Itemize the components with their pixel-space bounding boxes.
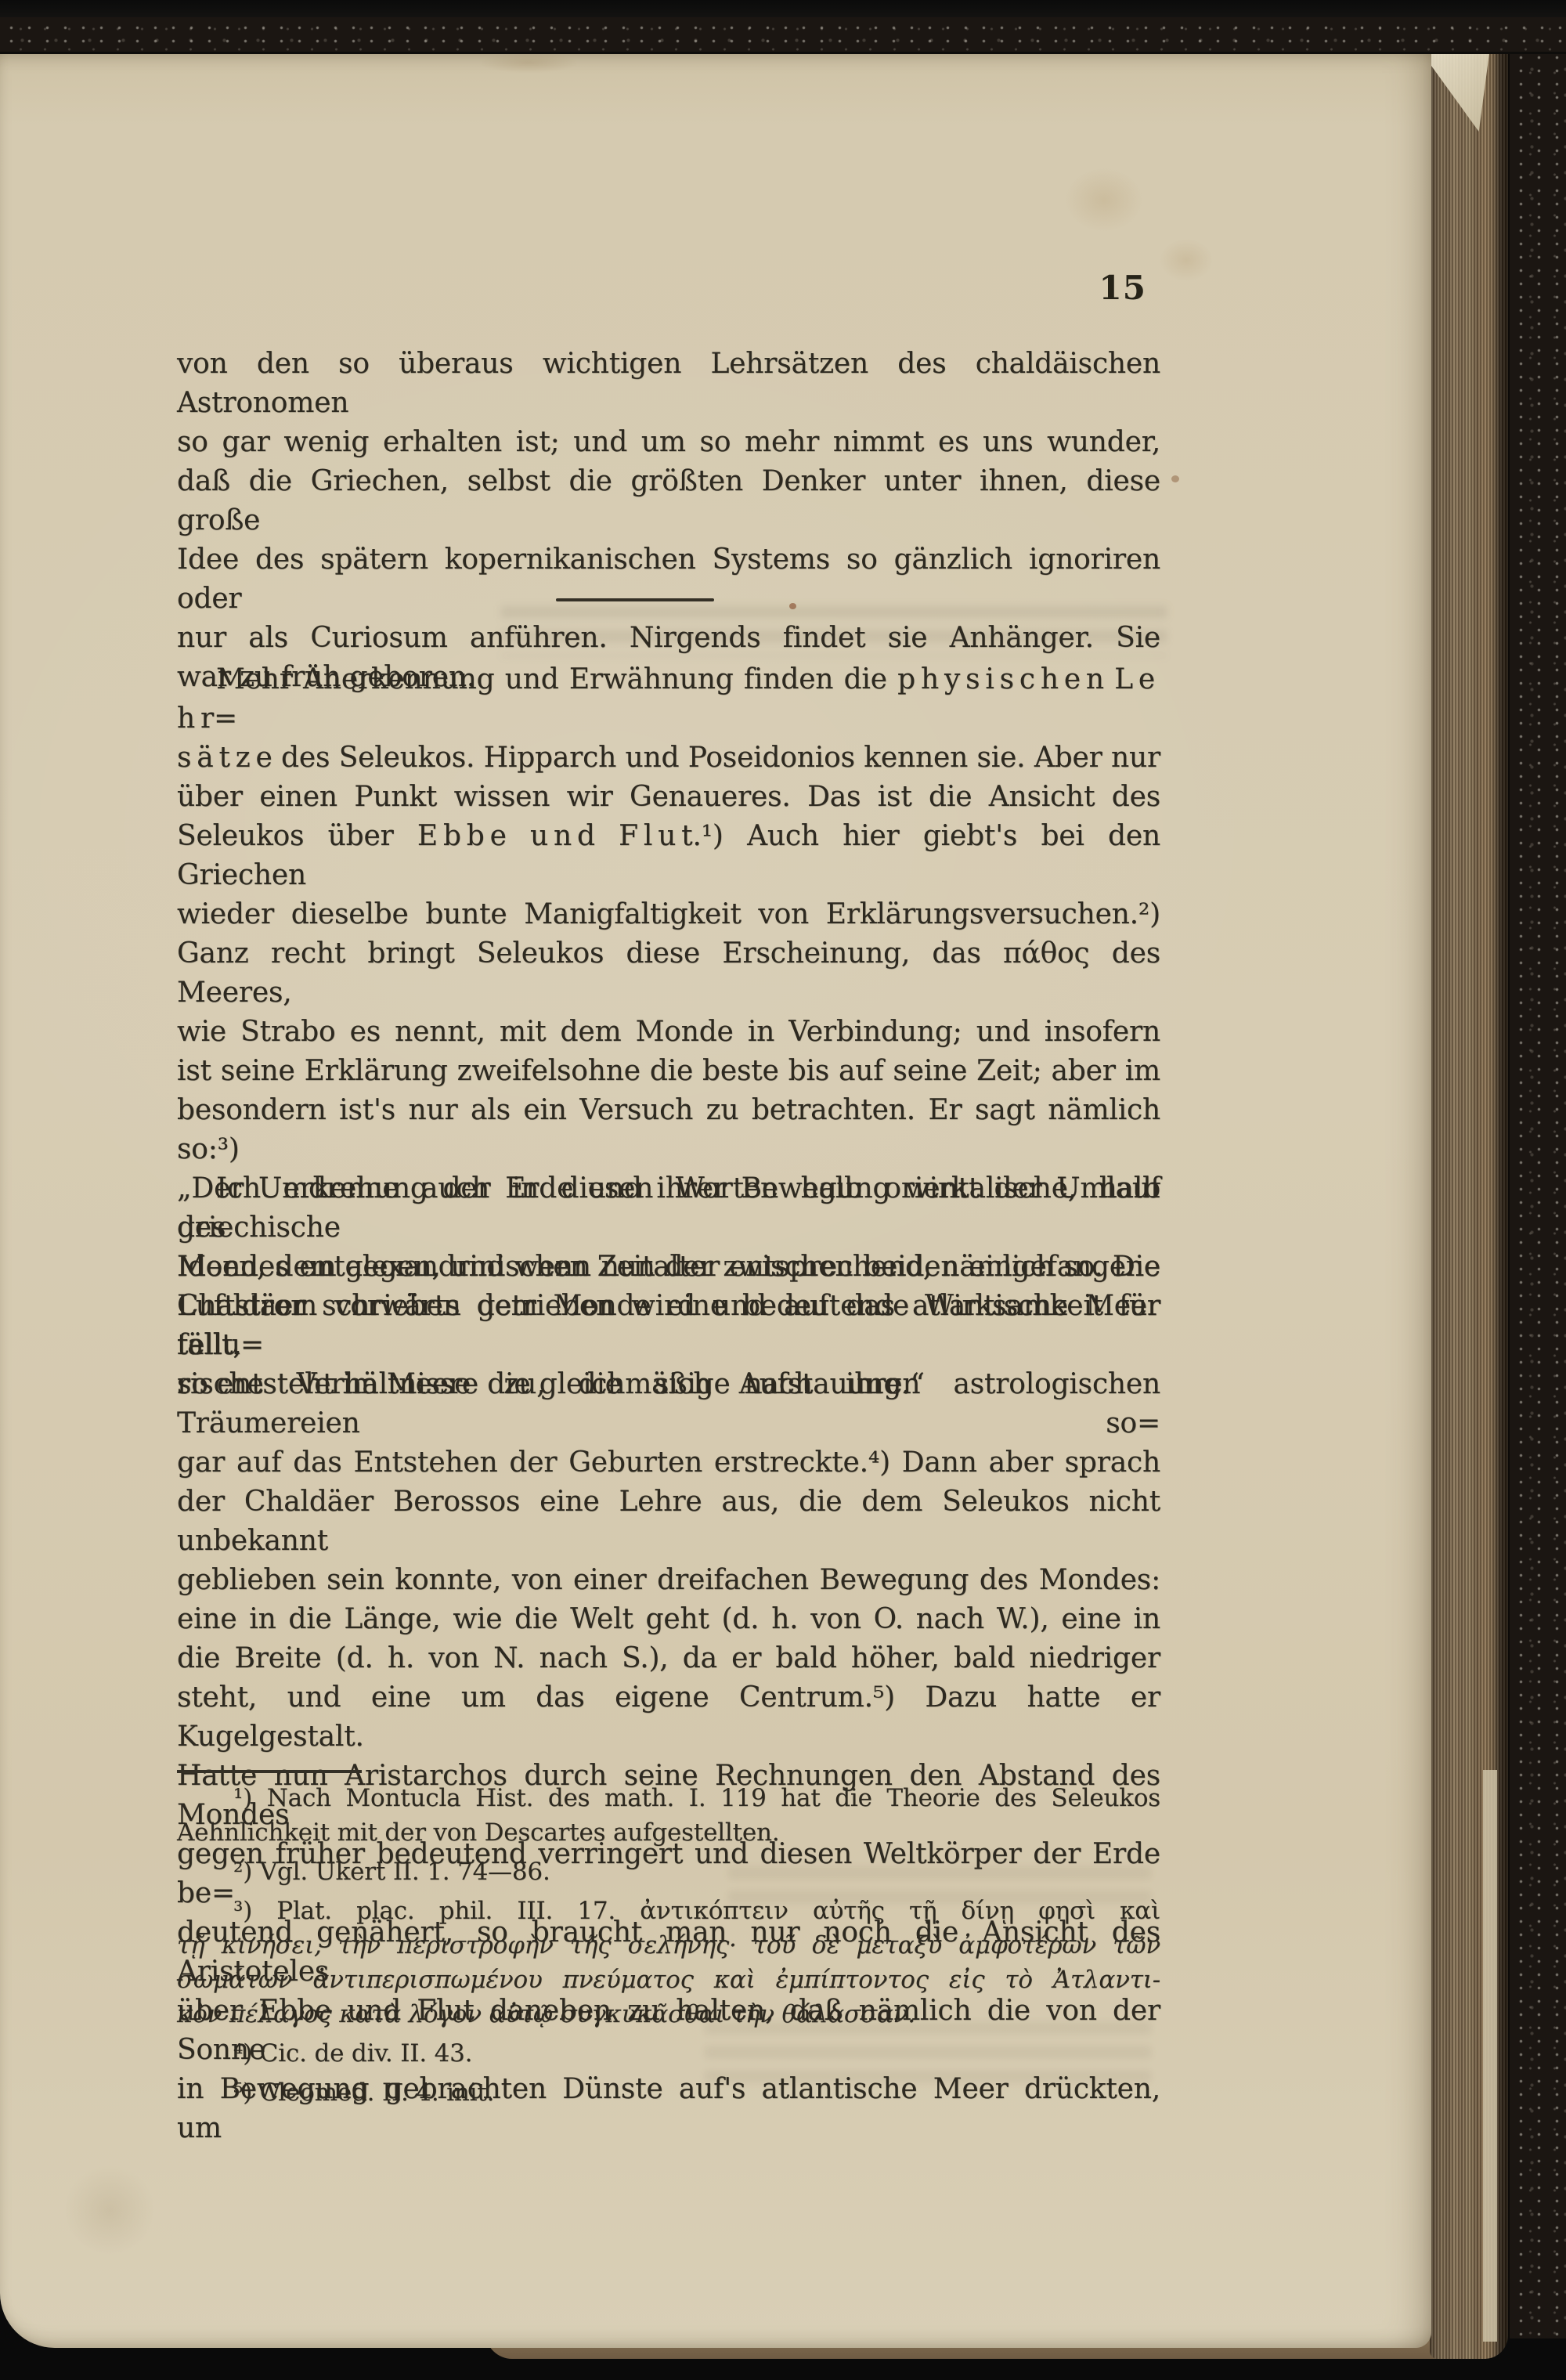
text-line: Ganz recht bringt Seleukos diese Erschei… bbox=[177, 934, 1160, 1013]
ink-speck bbox=[1171, 475, 1179, 482]
text-line: von den so überaus wichtigen Lehrsätzen … bbox=[177, 345, 1160, 423]
text-line: besondern ist's nur als ein Versuch zu b… bbox=[177, 1091, 1160, 1169]
text-line: κὸν πέλαγος κατὰ λόγον αὐτῷ συγκυκᾶσθαι … bbox=[177, 1997, 1160, 2031]
text-line: die Breite (d. h. von N. nach S.), da er… bbox=[177, 1639, 1160, 1678]
text-line: der Chaldäer Berossos eine Lehre aus, di… bbox=[177, 1483, 1160, 1561]
text-line: ¹) Nach Montucla Hist. des math. I. 119 … bbox=[177, 1781, 1160, 1815]
text-line: ist seine Erklärung zweifelsohne die bes… bbox=[177, 1052, 1160, 1091]
text-line: Chaldäer schrieben dem Monde eine bedeut… bbox=[177, 1287, 1160, 1365]
text-line: steht, und eine um das eigene Centrum.⁵)… bbox=[177, 1678, 1160, 1757]
text-line: Mehr Anerkennung und Erwähnung finden di… bbox=[177, 660, 1160, 739]
text-column: von den so überaus wichtigen Lehrsätzen … bbox=[177, 49, 1160, 2348]
section-divider-rule bbox=[556, 598, 714, 601]
text-line: daß die Griechen, selbst die größten Den… bbox=[177, 462, 1160, 540]
footnote-separator-rule bbox=[177, 1770, 362, 1773]
text-line: so gar wenig erhalten ist; und um so meh… bbox=[177, 423, 1160, 462]
text-line: Ich erkenne auch in diesen Worten halb o… bbox=[177, 1169, 1160, 1248]
text-line: s ä t z e des Seleukos. Hipparch und Pos… bbox=[177, 739, 1160, 778]
text-line: wieder dieselbe bunte Manigfaltigkeit vo… bbox=[177, 895, 1160, 934]
book-cover-top-edge bbox=[0, 17, 1566, 54]
text-line: Seleukos über E b b e u n d F l u t.¹) A… bbox=[177, 817, 1160, 895]
text-line: τῇ κινήσει, τὴν περιστροφὴν τῆς σελήνης·… bbox=[177, 1928, 1160, 1963]
text-line: über einen Punkt wissen wir Genaueres. D… bbox=[177, 778, 1160, 817]
book-page: 15 von den so überaus wichtigen Lehrsätz… bbox=[0, 49, 1431, 2348]
text-line: ³) Plat. plac. phil. III. 17. ἀντικόπτει… bbox=[177, 1894, 1160, 1928]
text-line: σωμάτων ἀντιπερισπωμένου πνεύματος καὶ ἐ… bbox=[177, 1963, 1160, 1997]
text-line: geblieben sein konnte, von einer dreifac… bbox=[177, 1561, 1160, 1600]
text-line: ⁵) Cleomed. II. 4. init. bbox=[177, 2075, 1160, 2110]
footnotes-block: ¹) Nach Montucla Hist. des math. I. 119 … bbox=[177, 1781, 1160, 2115]
paper-stain bbox=[47, 2147, 172, 2273]
footnote-1: ¹) Nach Montucla Hist. des math. I. 119 … bbox=[177, 1781, 1160, 1850]
text-line: Ideen, dem alexandrinischen Zeitalter en… bbox=[177, 1248, 1160, 1287]
text-line: rische Verhältnisse zu, die sich nach ih… bbox=[177, 1365, 1160, 1443]
book-scan-photo: 15 von den so überaus wichtigen Lehrsätz… bbox=[0, 0, 1566, 2380]
text-line: Aehnlichkeit mit der von Descartes aufge… bbox=[177, 1815, 1160, 1850]
footnote-2: ²) Vgl. Ukert II. 1. 74—86. bbox=[177, 1855, 1160, 1889]
book-cover-right-edge bbox=[1506, 20, 1566, 2338]
text-line: wie Strabo es nennt, mit dem Monde in Ve… bbox=[177, 1013, 1160, 1052]
footnote-5: ⁵) Cleomed. II. 4. init. bbox=[177, 2075, 1160, 2110]
footnote-4: ⁴) Cic. de div. II. 43. bbox=[177, 2036, 1160, 2071]
text-line: ²) Vgl. Ukert II. 1. 74—86. bbox=[177, 1855, 1160, 1889]
text-line: Idee des spätern kopernikanischen System… bbox=[177, 540, 1160, 619]
text-line: gar auf das Entstehen der Geburten erstr… bbox=[177, 1443, 1160, 1483]
paragraph-1: von den so überaus wichtigen Lehrsätzen … bbox=[177, 345, 1160, 697]
text-line: nur als Curiosum anführen. Nirgends find… bbox=[177, 619, 1160, 658]
under-page-edge bbox=[1483, 1770, 1497, 2342]
text-line: eine in die Länge, wie die Welt geht (d.… bbox=[177, 1600, 1160, 1639]
text-line: ⁴) Cic. de div. II. 43. bbox=[177, 2036, 1160, 2071]
footnote-3: ³) Plat. plac. phil. III. 17. ἀντικόπτει… bbox=[177, 1894, 1160, 2031]
